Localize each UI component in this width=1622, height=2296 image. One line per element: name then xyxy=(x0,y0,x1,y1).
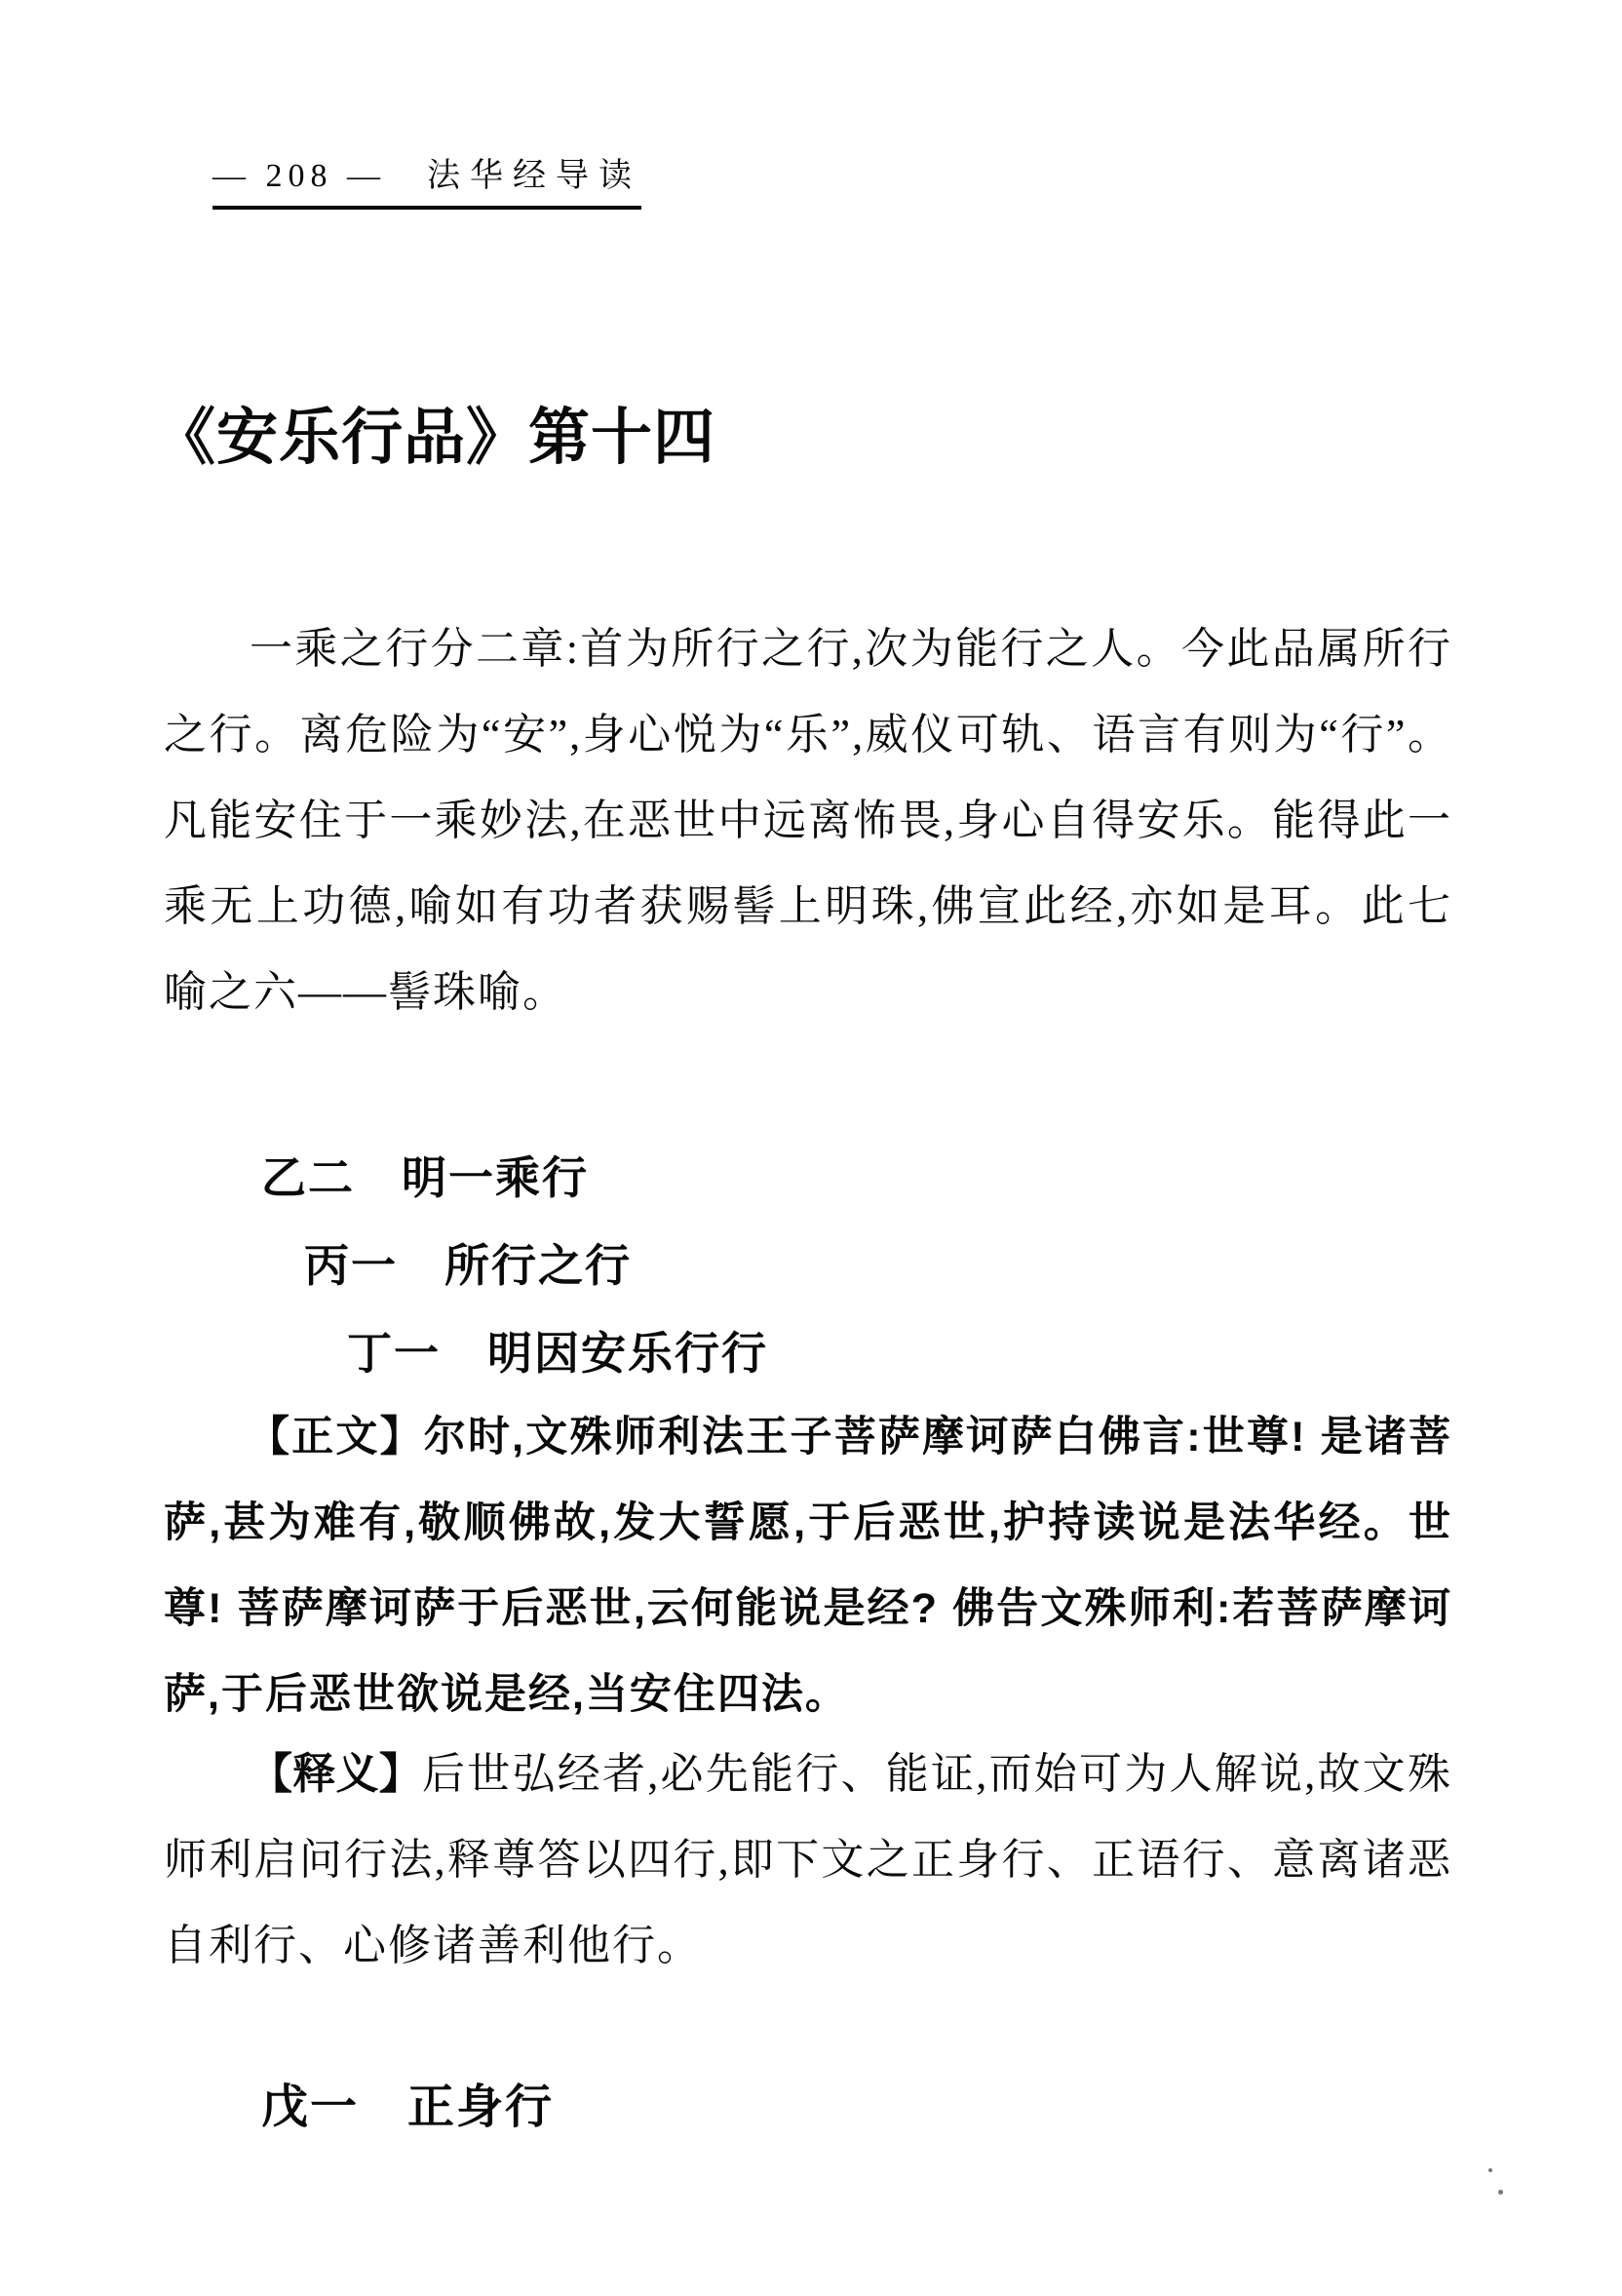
main-text-tag: 【正文】 xyxy=(248,1414,424,1460)
main-text-paragraph: 【正文】尔时,文殊师利法王子菩萨摩诃萨白佛言:世尊! 是诸菩萨,甚为难有,敬顺佛… xyxy=(164,1394,1452,1737)
outline-heading-level2: 丙一 所行之行 xyxy=(304,1230,632,1295)
scan-artifact-dot xyxy=(1488,2168,1492,2172)
section-heading: 戊一 正身行 xyxy=(261,2069,554,2136)
page-header: — 208 —法华经导读 xyxy=(212,148,641,210)
commentary-paragraph: 【释义】后世弘经者,必先能行、能证,而始可为人解说,故文殊师利启问行法,释尊答以… xyxy=(164,1732,1452,1989)
book-page: — 208 —法华经导读 《安乐行品》第十四 一乘之行分二章:首为所行之行,次为… xyxy=(0,0,1622,2296)
commentary-tag: 【释义】 xyxy=(250,1750,422,1798)
outline-heading-level3: 丁一 明因安乐行行 xyxy=(347,1318,768,1382)
outline-heading-level1: 乙二 明一乘行 xyxy=(261,1143,589,1207)
book-title: 法华经导读 xyxy=(427,158,641,194)
intro-paragraph: 一乘之行分二章:首为所行之行,次为能行之人。今此品属所行之行。离危险为“安”,身… xyxy=(164,606,1452,1035)
chapter-title: 《安乐行品》第十四 xyxy=(154,388,715,477)
scan-artifact-dot xyxy=(1498,2190,1503,2195)
page-number: — 208 — xyxy=(212,158,386,194)
